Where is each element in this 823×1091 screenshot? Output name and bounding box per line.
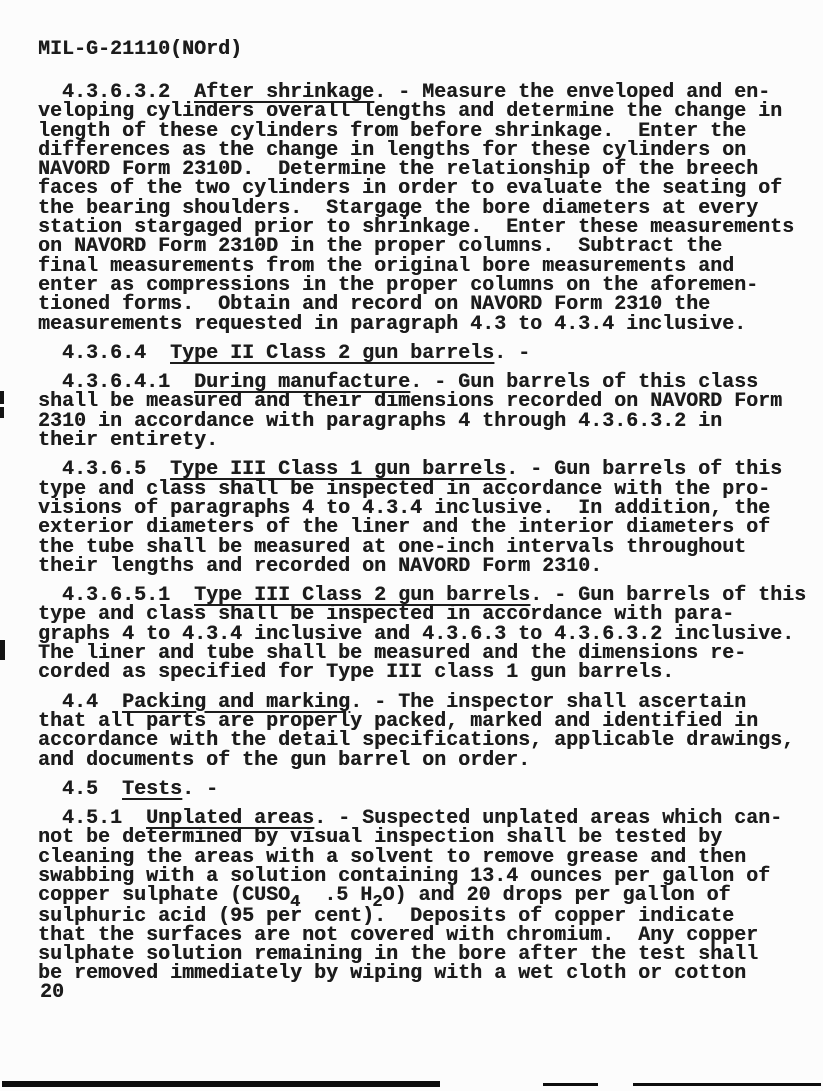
document-id: MIL-G-21110(NOrd) xyxy=(38,38,242,61)
margin-change-mark xyxy=(0,640,5,660)
paragraph: 4.4 Packing and marking. - The inspector… xyxy=(38,693,818,770)
text-line: their lengths and recorded on NAVORD For… xyxy=(38,557,818,576)
paragraph: 4.3.6.4 Type II Class 2 gun barrels. - xyxy=(38,344,818,363)
document-page: MIL-G-21110(NOrd) 4.3.6.3.2 After shrink… xyxy=(0,0,823,1091)
text-line: 4.5 Tests. - xyxy=(38,780,818,799)
text-line: and documents of the gun barrel on order… xyxy=(38,751,818,770)
scan-artifact-bar xyxy=(543,1083,598,1086)
paragraph: 4.5 Tests. - xyxy=(38,780,818,799)
paragraph: 4.3.6.5.1 Type III Class 2 gun barrels. … xyxy=(38,586,818,682)
scan-artifact-bar xyxy=(633,1083,821,1086)
paragraph: 4.5.1 Unplated areas. - Suspected unplat… xyxy=(38,809,818,984)
paragraph: 4.3.6.5 Type III Class 1 gun barrels. - … xyxy=(38,460,818,576)
text-line: be removed immediately by wiping with a … xyxy=(38,964,818,983)
scan-artifact-bar xyxy=(2,1081,440,1087)
text-line: corded as specified for Type III class 1… xyxy=(38,663,818,682)
text-line: their entirety. xyxy=(38,431,818,450)
document-body: 4.3.6.3.2 After shrinkage. - Measure the… xyxy=(38,83,818,984)
text-line: copper sulphate (CUSO4 .5 H2O) and 20 dr… xyxy=(38,886,818,906)
page-number: 20 xyxy=(40,981,64,1004)
text-line: measurements requested in paragraph 4.3 … xyxy=(38,315,818,334)
margin-change-mark xyxy=(0,391,4,404)
text-line: 4.3.6.4 Type II Class 2 gun barrels. - xyxy=(38,344,818,363)
margin-change-mark xyxy=(0,407,4,418)
paragraph: 4.3.6.4.1 During manufacture. - Gun barr… xyxy=(38,373,818,450)
paragraph: 4.3.6.3.2 After shrinkage. - Measure the… xyxy=(38,83,818,334)
